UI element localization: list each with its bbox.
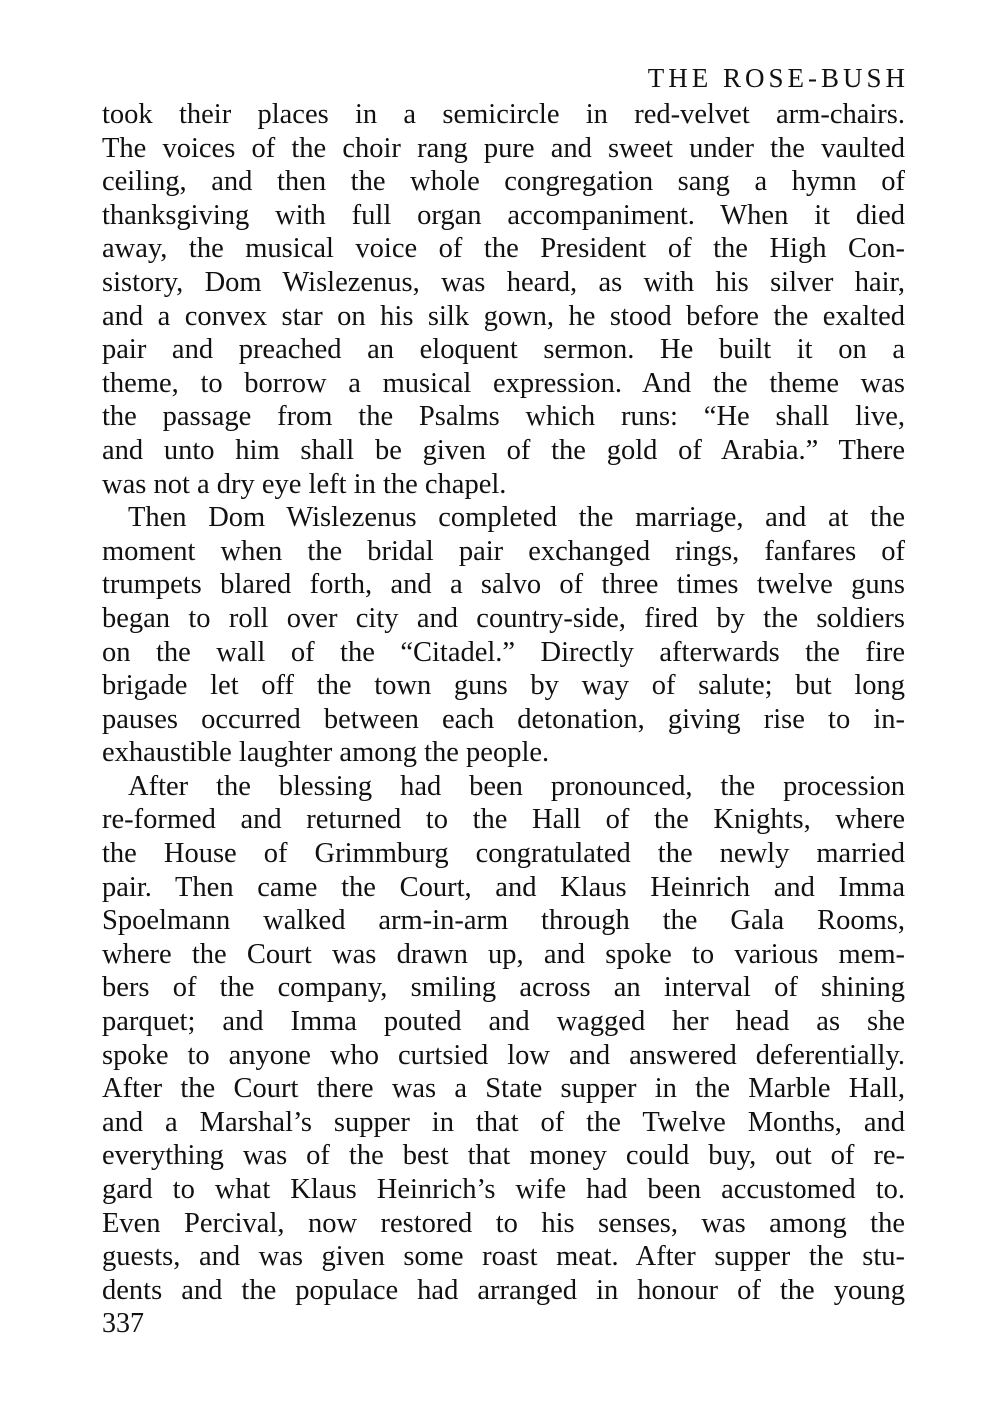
text-line: spoke to anyone who curtsied low and ans… [102, 1039, 905, 1073]
text-line: trumpets blared forth, and a salvo of th… [102, 568, 905, 602]
text-line: sistory, Dom Wislezenus, was heard, as w… [102, 266, 905, 300]
text-line: guests, and was given some roast meat. A… [102, 1240, 905, 1274]
text-line: everything was of the best that money co… [102, 1139, 905, 1173]
text-line: began to roll over city and country-side… [102, 602, 905, 636]
text-line: pair and preached an eloquent sermon. He… [102, 333, 905, 367]
text-line: and unto him shall be given of the gold … [102, 434, 905, 468]
text-line: re-formed and returned to the Hall of th… [102, 803, 905, 837]
text-line: where the Court was drawn up, and spoke … [102, 938, 905, 972]
text-line: ceiling, and then the whole congregation… [102, 165, 905, 199]
body-text: took their places in a semicircle in red… [102, 98, 905, 1307]
text-line: was not a dry eye left in the chapel. [102, 468, 905, 502]
text-line: Even Percival, now restored to his sense… [102, 1207, 905, 1241]
text-line: away, the musical voice of the President… [102, 232, 905, 266]
text-line: Then Dom Wislezenus completed the marria… [102, 501, 905, 535]
text-line: parquet; and Imma pouted and wagged her … [102, 1005, 905, 1039]
text-line: theme, to borrow a musical expression. A… [102, 367, 905, 401]
text-line: dents and the populace had arranged in h… [102, 1274, 905, 1308]
text-line: brigade let off the town guns by way of … [102, 669, 905, 703]
text-line: thanksgiving with full organ accompanime… [102, 199, 905, 233]
text-line: the passage from the Psalms which runs: … [102, 400, 905, 434]
running-head: THE ROSE-BUSH [102, 58, 909, 98]
text-line: gard to what Klaus Heinrich’s wife had b… [102, 1173, 905, 1207]
text-line: After the blessing had been pronounced, … [102, 770, 905, 804]
paragraph-1: took their places in a semicircle in red… [102, 98, 905, 501]
text-line: pauses occurred between each detonation,… [102, 703, 905, 737]
text-line: Spoelmann walked arm-in-arm through the … [102, 904, 905, 938]
text-line: exhaustible laughter among the people. [102, 736, 905, 770]
book-page: THE ROSE-BUSH took their places in a sem… [102, 58, 905, 1341]
text-line: and a Marshal’s supper in that of the Tw… [102, 1106, 905, 1140]
text-line: on the wall of the “Citadel.” Directly a… [102, 636, 905, 670]
paragraph-3: After the blessing had been pronounced, … [102, 770, 905, 1308]
text-line: and a convex star on his silk gown, he s… [102, 300, 905, 334]
page-number: 337 [102, 1307, 905, 1341]
paragraph-2: Then Dom Wislezenus completed the marria… [102, 501, 905, 770]
text-line: After the Court there was a State supper… [102, 1072, 905, 1106]
text-line: moment when the bridal pair exchanged ri… [102, 535, 905, 569]
text-line: the House of Grimmburg congratulated the… [102, 837, 905, 871]
text-line: pair. Then came the Court, and Klaus Hei… [102, 871, 905, 905]
text-line: took their places in a semicircle in red… [102, 98, 905, 132]
text-line: bers of the company, smiling across an i… [102, 971, 905, 1005]
text-line: The voices of the choir rang pure and sw… [102, 132, 905, 166]
